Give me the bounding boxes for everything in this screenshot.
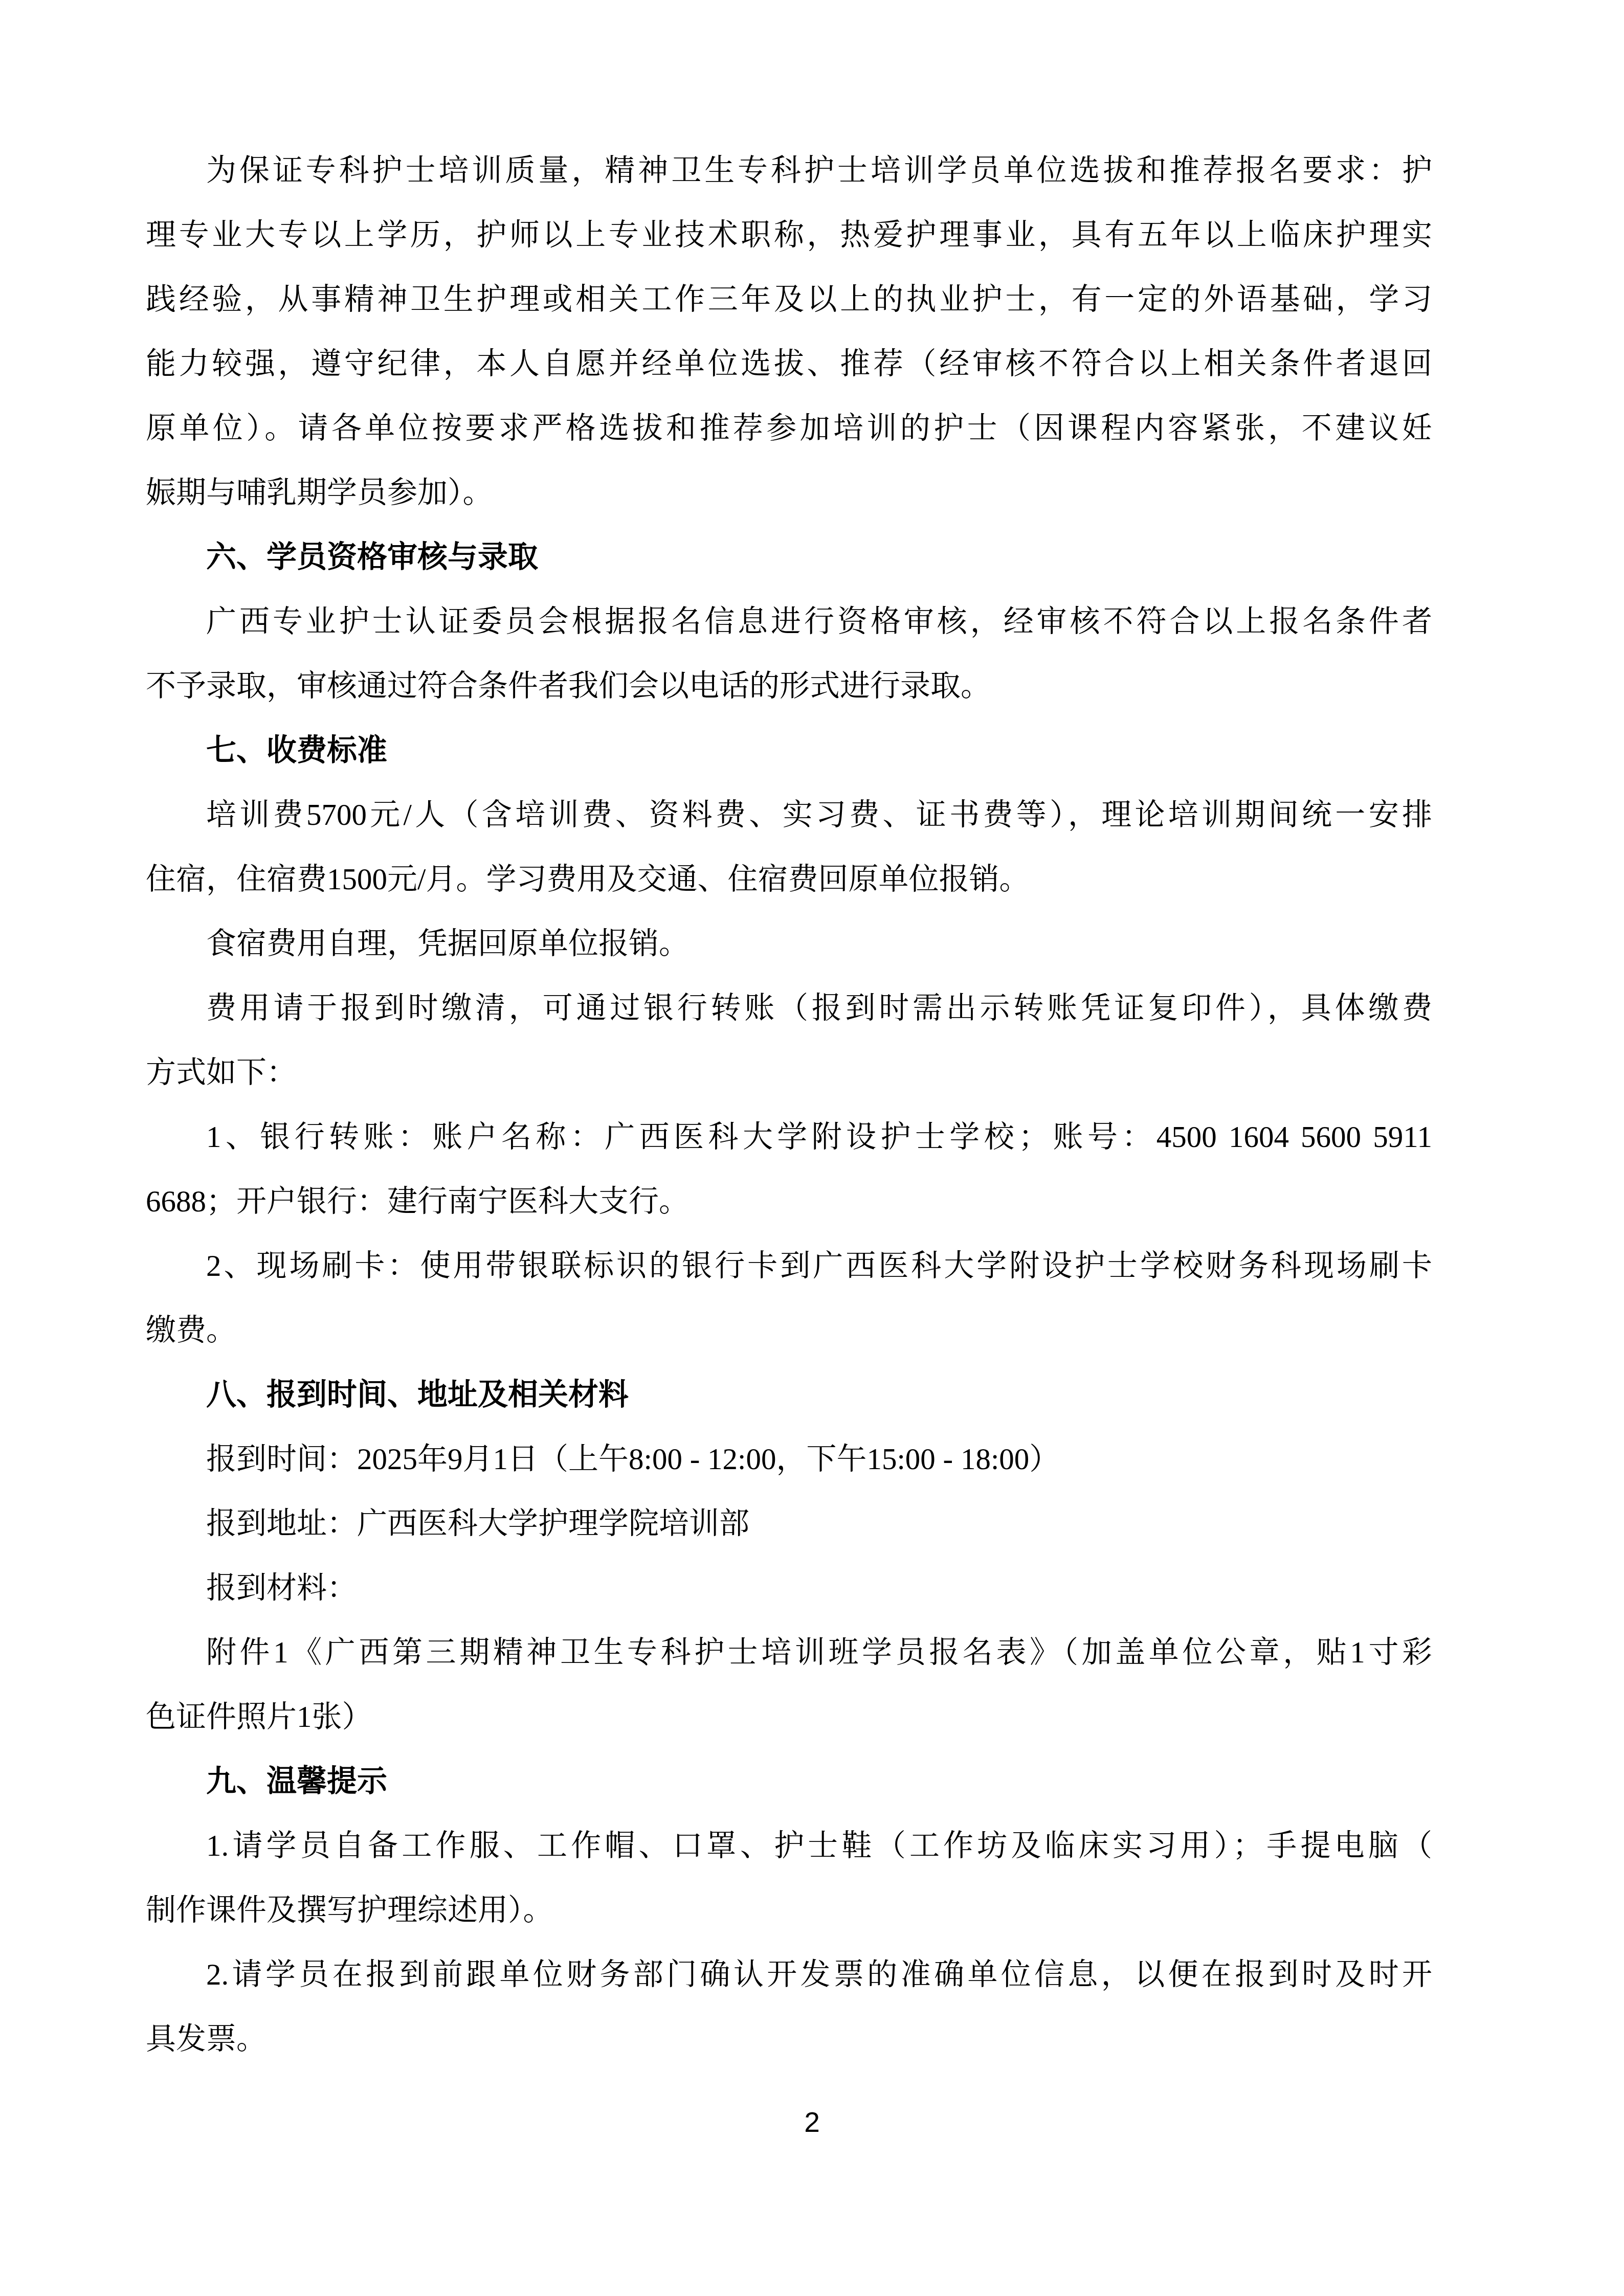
text-line: 广西专业护士认证委员会根据报名信息进行资格审核，经审核不符合以上报名条件者 xyxy=(146,589,1432,654)
text-line: 培训费5700元/人（含培训费、资料费、实习费、证书费等），理论培训期间统一安排 xyxy=(146,782,1432,847)
text-line: 缴费。 xyxy=(146,1298,1432,1362)
text-line: 方式如下： xyxy=(146,1040,1432,1105)
document-body: 为保证专科护士培训质量，精神卫生专科护士培训学员单位选拔和推荐报名要求：护理专业… xyxy=(146,138,1432,2071)
text-line: 娠期与哺乳期学员参加）。 xyxy=(146,460,1432,525)
text-line: 色证件照片1张） xyxy=(146,1684,1432,1749)
text-line: 2、现场刷卡：使用带银联标识的银行卡到广西医科大学附设护士学校财务科现场刷卡 xyxy=(146,1233,1432,1298)
section-heading: 九、温馨提示 xyxy=(146,1749,1432,1813)
text-line: 制作课件及撰写护理综述用）。 xyxy=(146,1878,1432,1942)
text-line: 不予录取，审核通过符合条件者我们会以电话的形式进行录取。 xyxy=(146,654,1432,718)
text-line: 1.请学员自备工作服、工作帽、口罩、护士鞋（工作坊及临床实习用）；手提电脑（ xyxy=(146,1813,1432,1878)
text-line: 住宿，住宿费1500元/月。学习费用及交通、住宿费回原单位报销。 xyxy=(146,847,1432,911)
text-line: 报到时间：2025年9月1日（上午8:00 - 12:00，下午15:00 - … xyxy=(146,1427,1432,1491)
text-line: 理专业大专以上学历，护师以上专业技术职称，热爱护理事业，具有五年以上临床护理实 xyxy=(146,202,1432,267)
section-heading: 八、报到时间、地址及相关材料 xyxy=(146,1362,1432,1427)
document-page: 为保证专科护士培训质量，精神卫生专科护士培训学员单位选拔和推荐报名要求：护理专业… xyxy=(0,0,1624,2296)
text-line: 具发票。 xyxy=(146,2007,1432,2071)
text-line: 食宿费用自理，凭据回原单位报销。 xyxy=(146,911,1432,976)
text-line: 报到地址：广西医科大学护理学院培训部 xyxy=(146,1491,1432,1556)
text-line: 报到材料： xyxy=(146,1556,1432,1620)
text-line: 践经验，从事精神卫生护理或相关工作三年及以上的执业护士，有一定的外语基础，学习 xyxy=(146,267,1432,331)
text-line: 1、银行转账：账户名称：广西医科大学附设护士学校；账号：4500 1604 56… xyxy=(146,1105,1432,1169)
text-line: 费用请于报到时缴清，可通过银行转账（报到时需出示转账凭证复印件），具体缴费 xyxy=(146,976,1432,1040)
page-number: 2 xyxy=(0,2106,1624,2139)
text-line: 附件1《广西第三期精神卫生专科护士培训班学员报名表》（加盖单位公章，贴1寸彩 xyxy=(146,1620,1432,1684)
text-line: 能力较强，遵守纪律，本人自愿并经单位选拔、推荐（经审核不符合以上相关条件者退回 xyxy=(146,331,1432,396)
section-heading: 七、收费标准 xyxy=(146,718,1432,782)
text-line: 6688；开户银行：建行南宁医科大支行。 xyxy=(146,1169,1432,1233)
text-line: 原单位）。请各单位按要求严格选拔和推荐参加培训的护士（因课程内容紧张，不建议妊 xyxy=(146,396,1432,460)
section-heading: 六、学员资格审核与录取 xyxy=(146,525,1432,589)
text-line: 2.请学员在报到前跟单位财务部门确认开发票的准确单位信息，以便在报到时及时开 xyxy=(146,1942,1432,2007)
text-line: 为保证专科护士培训质量，精神卫生专科护士培训学员单位选拔和推荐报名要求：护 xyxy=(146,138,1432,202)
